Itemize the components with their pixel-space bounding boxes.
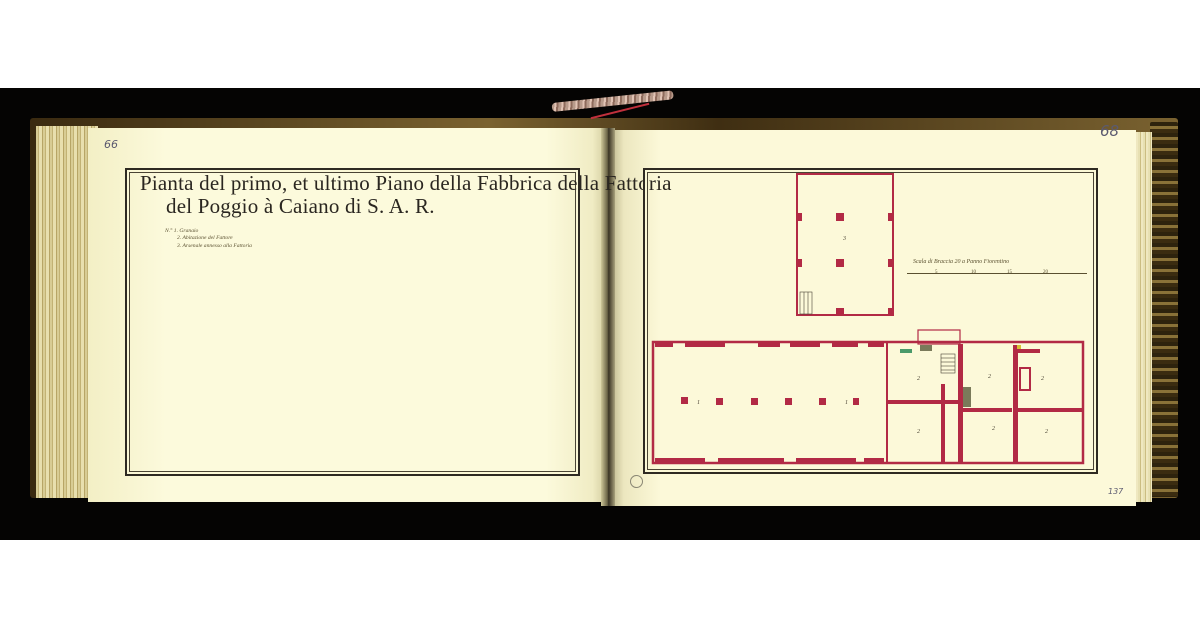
room-label-2: 2 bbox=[1045, 429, 1048, 435]
lower-building-plan bbox=[653, 330, 1083, 463]
room-label-2: 2 bbox=[917, 376, 920, 382]
room-label-1: 1 bbox=[697, 400, 700, 406]
room-label-2: 2 bbox=[1041, 376, 1044, 382]
room-label-3: 3 bbox=[842, 236, 846, 242]
room-label-2: 2 bbox=[992, 426, 995, 432]
room-label-1: 1 bbox=[845, 400, 848, 406]
room-label-2: 2 bbox=[917, 429, 920, 435]
floor-plan-drawing: 3 1 1 2 2 2 2 2 2 bbox=[0, 0, 1200, 628]
plan-room-labels: 3 1 1 2 2 2 2 2 2 bbox=[697, 236, 1048, 435]
upper-building-plan bbox=[797, 174, 893, 315]
room-label-2: 2 bbox=[988, 374, 991, 380]
